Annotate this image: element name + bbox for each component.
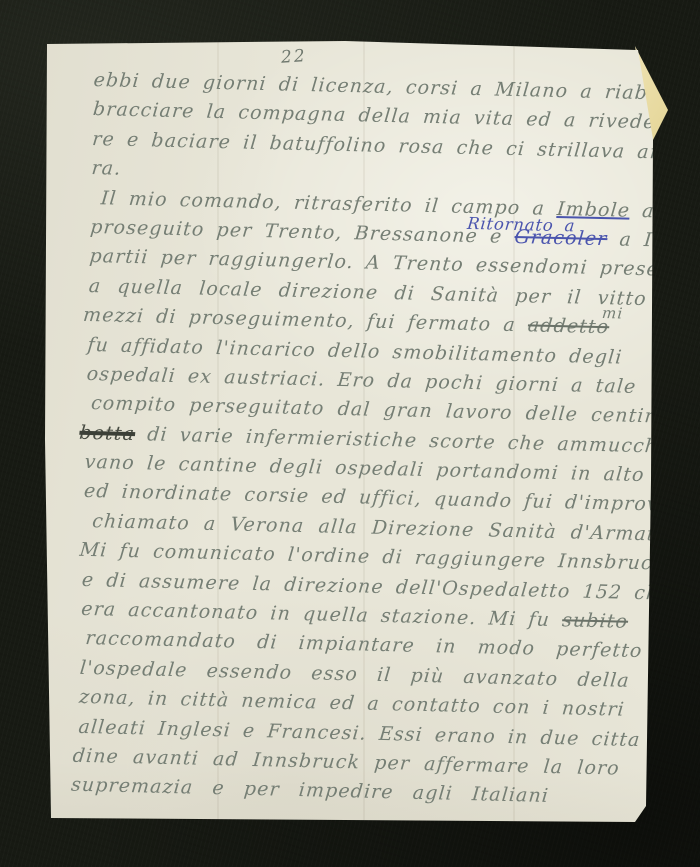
photo-background: 22 ebbi due giorni di licenza, corsi a M… — [0, 0, 700, 867]
scribbled-out-word: botta — [78, 421, 136, 444]
handwriting-segment: aveva — [629, 199, 700, 223]
manuscript-page: 22 ebbi due giorni di licenza, corsi a M… — [45, 40, 657, 824]
pencil-struck-word: subito — [561, 609, 629, 633]
blue-ink-insertion: Ritornato a — [466, 209, 577, 241]
manuscript-text: ebbi due giorni di licenza, corsi a Mila… — [76, 66, 641, 813]
pencil-struck-word: addetto — [527, 314, 610, 338]
handwriting-segment: a Imbole — [606, 228, 700, 253]
handwriting-segment: ra. — [91, 157, 123, 180]
pencil-insertion: mi — [601, 299, 625, 329]
page-number: 22 — [280, 44, 331, 67]
